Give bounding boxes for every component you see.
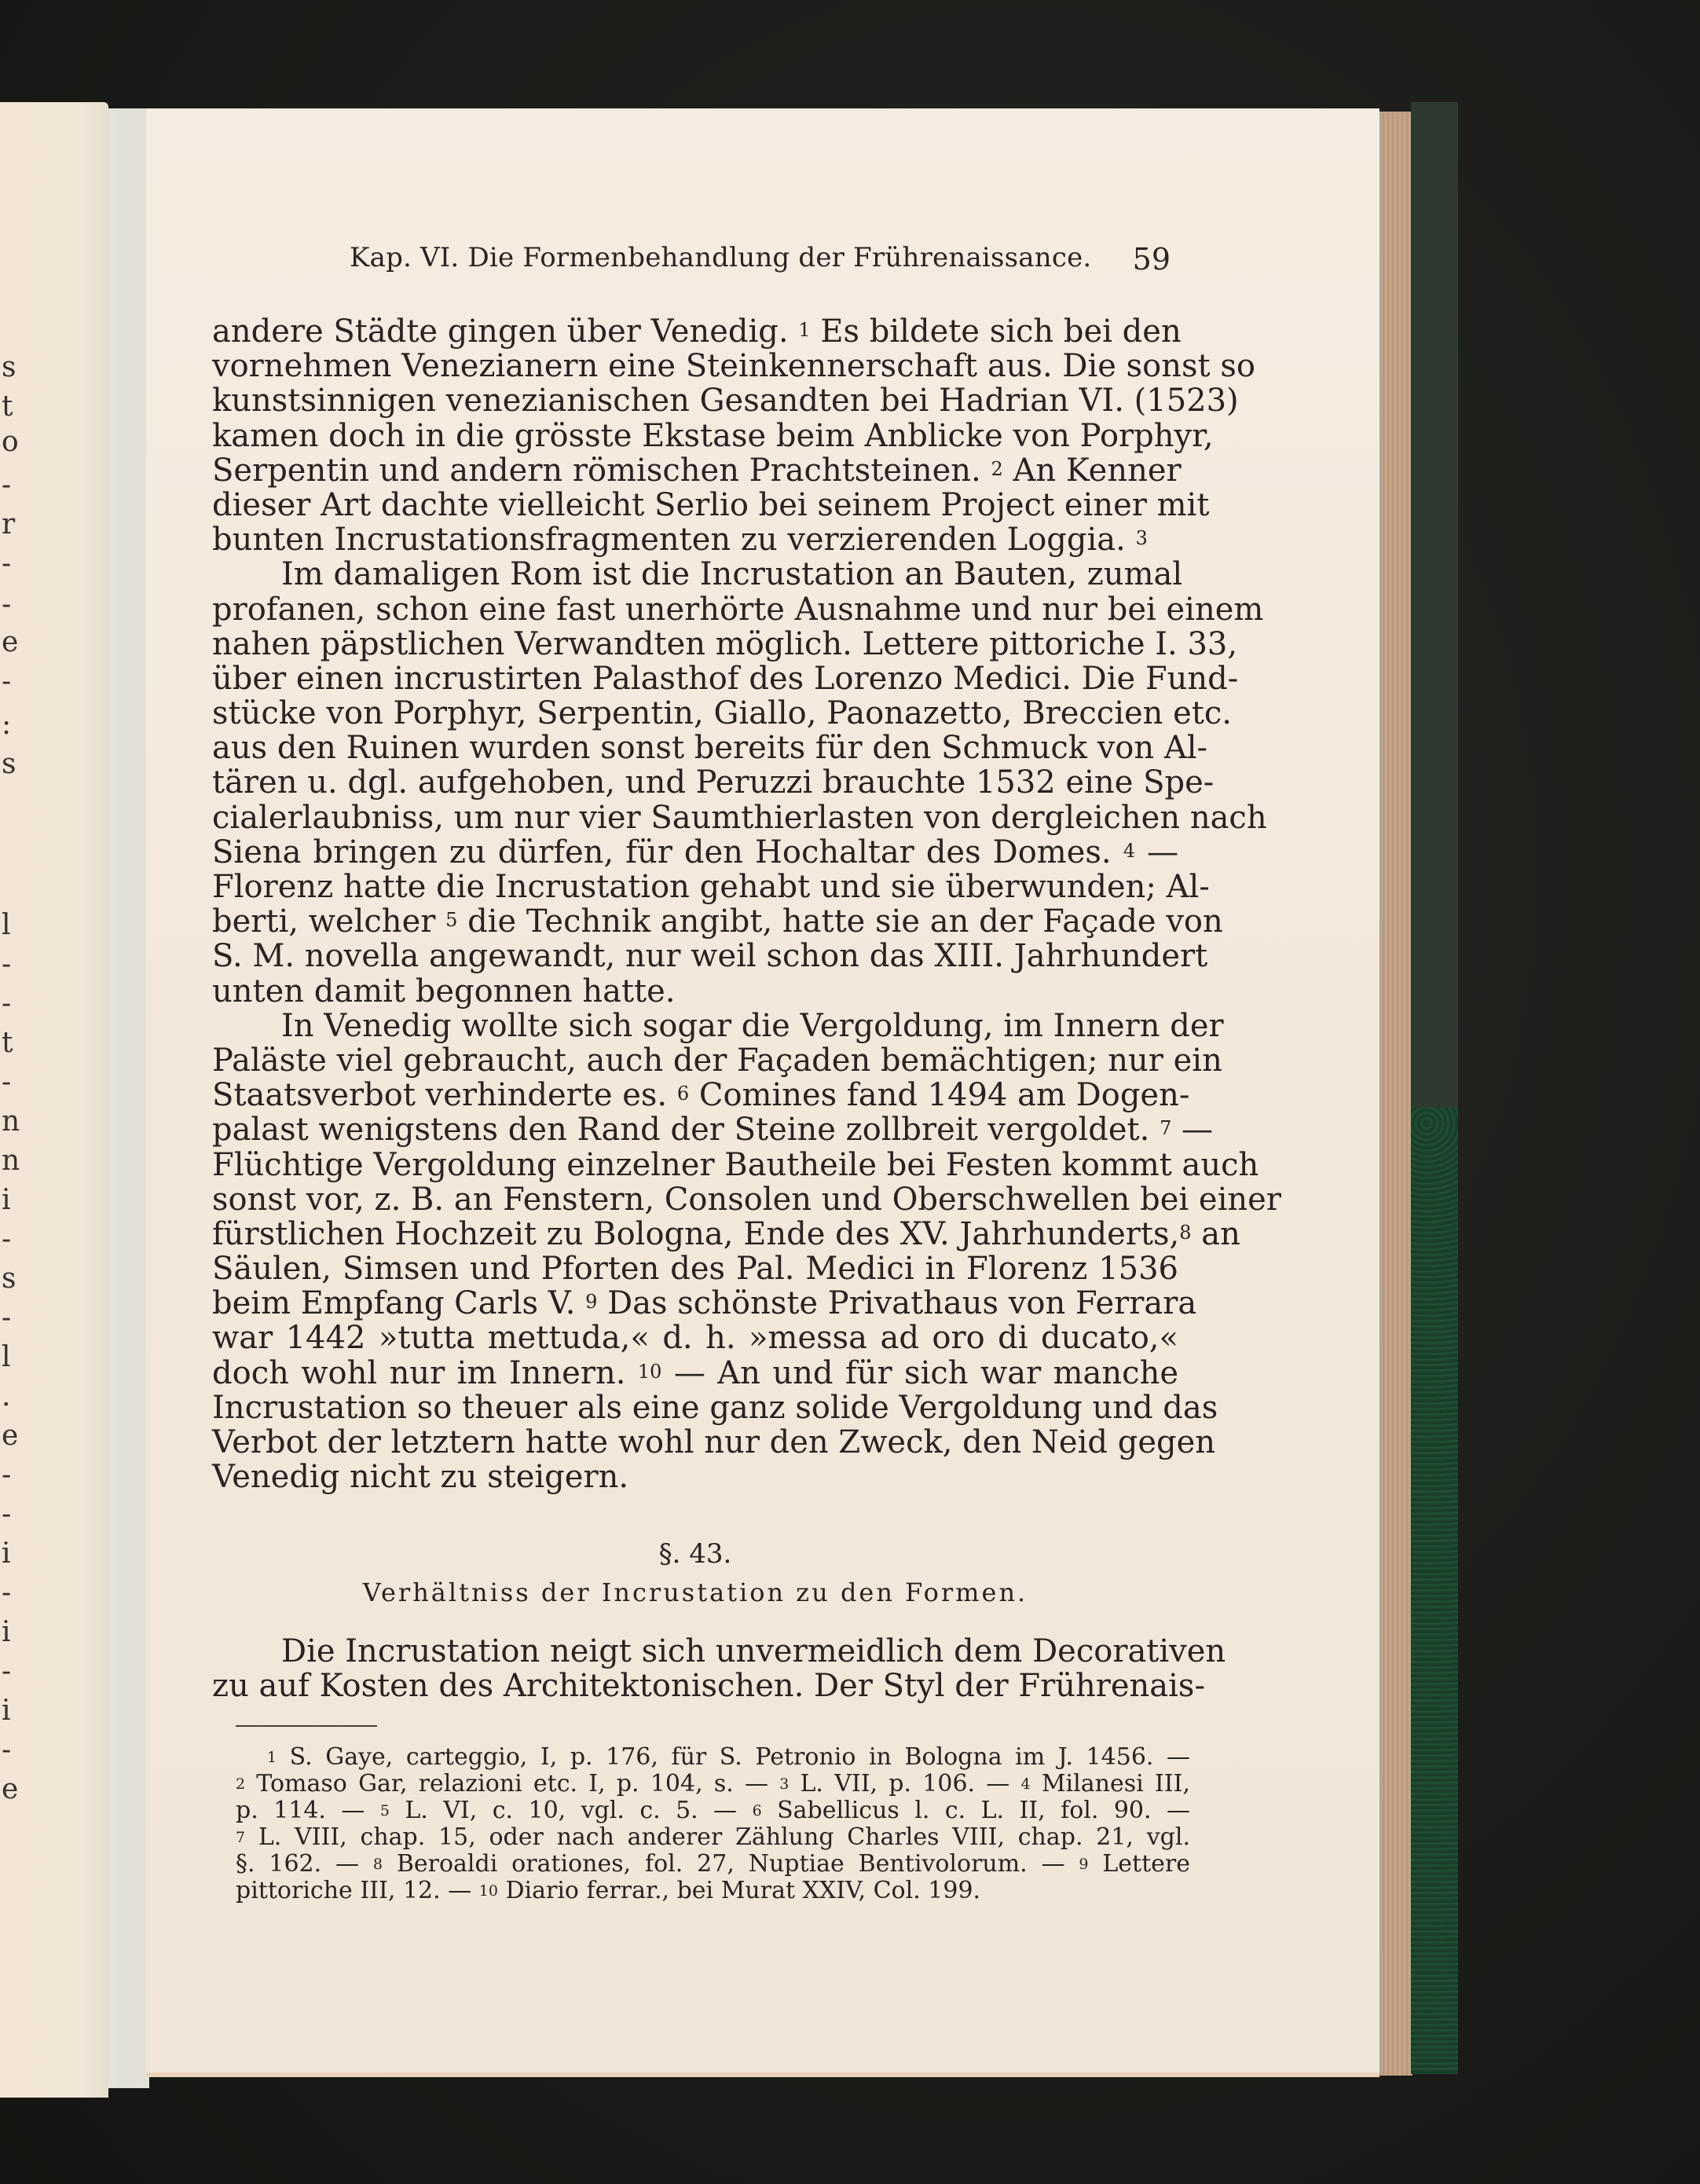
- text-line: In Venedig wollte sich sogar die Vergold…: [212, 1009, 1178, 1043]
- footnote-number: 1: [267, 1749, 277, 1766]
- line-text: andere Städte gingen über Venedig.: [212, 313, 798, 350]
- line-text: tären u. dgl. aufgehoben, und Peruzzi br…: [212, 764, 1214, 801]
- edge-letter: -: [2, 1501, 11, 1529]
- text-line: tären u. dgl. aufgehoben, und Peruzzi br…: [212, 765, 1178, 800]
- line-text: Flüchtige Vergoldung einzelner Bautheile…: [212, 1147, 1259, 1183]
- footnote-number: 6: [753, 1802, 762, 1819]
- line-text: beim Empfang Carls V.: [212, 1285, 585, 1321]
- line-text: Verbot der letztern hatte wohl nur den Z…: [212, 1424, 1215, 1460]
- footnote-text: Sabellicus l. c. L. II, fol. 90. —: [762, 1797, 1190, 1824]
- text-line: fürstlichen Hochzeit zu Bologna, Ende de…: [212, 1217, 1178, 1251]
- edge-letter: -: [2, 1658, 11, 1686]
- footnote-text: Beroaldi orationes, fol. 27, Nuptiae Ben…: [383, 1850, 1079, 1878]
- edge-letter: -: [2, 550, 11, 578]
- line-text: profanen, schon eine fast unerhörte Ausn…: [212, 592, 1263, 628]
- edge-letter: s: [2, 1265, 16, 1293]
- text-line: Säulen, Simsen und Pforten des Pal. Medi…: [212, 1251, 1178, 1286]
- line-text: Florenz hatte die Incrustation gehabt un…: [212, 869, 1210, 905]
- text-line: Im damaligen Rom ist die Incrustation an…: [212, 557, 1178, 592]
- text-line: kamen doch in die grösste Ekstase beim A…: [212, 419, 1178, 453]
- text-line: andere Städte gingen über Venedig. 1 Es …: [212, 314, 1178, 349]
- book-cover-edge: [1411, 102, 1458, 2074]
- text-line: nahen päpstlichen Verwandten möglich. Le…: [212, 627, 1178, 661]
- edge-letter: t: [2, 1029, 13, 1057]
- line-text: doch wohl nur im Innern.: [212, 1355, 638, 1391]
- text-line: sonst vor, z. B. an Fenstern, Consolen u…: [212, 1182, 1178, 1217]
- footnote-marker: 4: [1123, 840, 1135, 862]
- running-head: Kap. VI. Die Formenbehandlung der Frühre…: [350, 242, 1171, 281]
- edge-letter: e: [2, 1775, 18, 1804]
- footnote-marker: 2: [991, 458, 1002, 480]
- text-line: stücke von Porphyr, Serpentin, Giallo, P…: [212, 696, 1178, 731]
- left-page-edge-letters: sto-r--e-:sl--t-nni-s-l.e--i-i-i-e: [2, 102, 33, 2098]
- line-text: war 1442 »tutta mettuda,« d. h. »messa a…: [212, 1320, 1178, 1356]
- line-text-after-marker: Comines fand 1494 am Dogen-: [689, 1077, 1189, 1113]
- text-line: Paläste viel gebraucht, auch der Façaden…: [212, 1043, 1178, 1078]
- footnote-marker: 6: [677, 1083, 689, 1105]
- line-text: Paläste viel gebraucht, auch der Façaden…: [212, 1043, 1222, 1079]
- text-line: Florenz hatte die Incrustation gehabt un…: [212, 870, 1178, 904]
- footnote-number: 4: [1021, 1775, 1031, 1793]
- edge-letter: l: [2, 911, 11, 940]
- line-text: dieser Art dachte vielleicht Serlio bei …: [212, 487, 1209, 523]
- footnote-number: 9: [1079, 1856, 1088, 1873]
- edge-letter: -: [2, 471, 11, 500]
- footnote-text: p. 114. —: [236, 1797, 380, 1824]
- footnote-line: 1 S. Gaye, carteggio, I, p. 176, für S. …: [236, 1744, 1190, 1771]
- edge-letter: i: [2, 1186, 11, 1215]
- line-text: sonst vor, z. B. an Fenstern, Consolen u…: [212, 1182, 1281, 1218]
- footnote-line: 2 Tomaso Gar, relazioni etc. I, p. 104, …: [236, 1771, 1190, 1797]
- page-number: 59: [1133, 242, 1171, 277]
- text-line: dieser Art dachte vielleicht Serlio bei …: [212, 488, 1178, 522]
- edge-letter: e: [2, 628, 18, 657]
- body-paragraphs: andere Städte gingen über Venedig. 1 Es …: [212, 314, 1178, 1494]
- edge-letter: -: [2, 951, 11, 979]
- footnote-separator: [236, 1725, 377, 1727]
- edge-letter: -: [2, 668, 11, 696]
- left-page: sto-r--e-:sl--t-nni-s-l.e--i-i-i-e: [0, 102, 108, 2098]
- text-line: unten damit begonnen hatte.: [212, 974, 1178, 1009]
- text-line: doch wohl nur im Innern. 10 — An und für…: [212, 1356, 1178, 1391]
- footnote-number: 10: [479, 1882, 498, 1900]
- page-fore-edge: [1379, 112, 1412, 2076]
- line-text: Siena bringen zu dürfen, für den Hochalt…: [212, 834, 1123, 870]
- line-text: Serpentin und andern römischen Prachtste…: [212, 453, 991, 489]
- footnote-line: §. 162. — 8 Beroaldi orationes, fol. 27,…: [236, 1851, 1190, 1878]
- edge-letter: -: [2, 1579, 11, 1607]
- footnote-number: 2: [236, 1775, 245, 1793]
- footnote-number: 7: [236, 1829, 245, 1846]
- line-text: vornehmen Venezianern eine Steinkennersc…: [212, 348, 1255, 384]
- footnote-text: §. 162. —: [236, 1850, 373, 1878]
- text-line: war 1442 »tutta mettuda,« d. h. »messa a…: [212, 1321, 1178, 1355]
- line-text: kunstsinnigen venezianischen Gesandten b…: [212, 383, 1239, 419]
- text-line: Venedig nicht zu steigern.: [212, 1460, 1178, 1494]
- green-leather-cover: [1411, 1108, 1458, 2074]
- line-text-after-marker: Das schönste Privathaus von Ferrara: [597, 1285, 1196, 1321]
- footnote-number: 5: [380, 1802, 390, 1819]
- body-text: andere Städte gingen über Venedig. 1 Es …: [212, 314, 1178, 1494]
- footnote-marker: 3: [1136, 527, 1148, 549]
- footnote-text: Diario ferrar., bei Murat XXIV, Col. 199…: [498, 1877, 980, 1904]
- edge-letter: -: [2, 1461, 11, 1490]
- line-text: In Venedig wollte sich sogar die Vergold…: [281, 1008, 1224, 1044]
- footnote-marker: 5: [445, 909, 457, 931]
- footnote-text: pittoriche III, 12. —: [236, 1877, 479, 1904]
- line-text-after-marker: — An und für sich war manche: [661, 1355, 1178, 1391]
- line-text: Die Incrustation neigt sich unvermeidlic…: [281, 1633, 1226, 1669]
- text-line: bunten Incrustationsfragmenten zu verzie…: [212, 522, 1178, 557]
- edge-letter: n: [2, 1108, 20, 1136]
- edge-letter: -: [2, 591, 11, 619]
- text-line: kunstsinnigen venezianischen Gesandten b…: [212, 383, 1178, 418]
- edge-letter: n: [2, 1147, 20, 1175]
- text-line: Incrustation so theuer als eine ganz sol…: [212, 1391, 1178, 1425]
- text-line: beim Empfang Carls V. 9 Das schönste Pri…: [212, 1286, 1178, 1321]
- edge-letter: r: [2, 511, 15, 539]
- text-line: zu auf Kosten des Architektonischen. Der…: [212, 1669, 1178, 1703]
- edge-letter: l: [2, 1343, 11, 1372]
- section-number: §. 43.: [212, 1538, 1178, 1570]
- text-line: Serpentin und andern römischen Prachtste…: [212, 453, 1178, 488]
- edge-letter: t: [2, 393, 13, 421]
- text-line: Die Incrustation neigt sich unvermeidlic…: [212, 1634, 1178, 1669]
- footnote-line: p. 114. — 5 L. VI, c. 10, vgl. c. 5. — 6…: [236, 1797, 1190, 1824]
- line-text: bunten Incrustationsfragmenten zu verzie…: [212, 522, 1136, 558]
- text-line: berti, welcher 5 die Technik angibt, hat…: [212, 904, 1178, 939]
- section-title: Verhältniss der Incrustation zu den Form…: [212, 1578, 1178, 1607]
- line-text: Im damaligen Rom ist die Incrustation an…: [281, 556, 1182, 592]
- footnote-text: S. Gaye, carteggio, I, p. 176, für S. Pe…: [277, 1743, 1190, 1771]
- footnote-text: L. VII, p. 106. —: [789, 1770, 1020, 1797]
- line-text: nahen päpstlichen Verwandten möglich. Le…: [212, 626, 1237, 662]
- edge-letter: o: [2, 428, 19, 456]
- footnote-line: 7 L. VIII, chap. 15, oder nach anderer Z…: [236, 1824, 1190, 1851]
- line-text: Staatsverbot verhinderte es.: [212, 1077, 677, 1113]
- line-text-after-marker: an: [1192, 1216, 1240, 1252]
- text-line: Flüchtige Vergoldung einzelner Bautheile…: [212, 1148, 1178, 1182]
- text-line: Verbot der letztern hatte wohl nur den Z…: [212, 1425, 1178, 1460]
- text-line: aus den Ruinen wurden sonst bereits für …: [212, 731, 1178, 765]
- footnote-text: Tomaso Gar, relazioni etc. I, p. 104, s.…: [245, 1770, 779, 1797]
- edge-letter: i: [2, 1697, 11, 1725]
- edge-letter: :: [2, 711, 11, 739]
- edge-letter: -: [2, 1068, 11, 1097]
- text-line: Staatsverbot verhinderte es. 6 Comines f…: [212, 1078, 1178, 1112]
- edge-letter: -: [2, 1736, 11, 1764]
- footnote-text: L. VI, c. 10, vgl. c. 5. —: [390, 1797, 753, 1824]
- edge-letter: -: [2, 990, 11, 1018]
- footnote-marker: 9: [585, 1291, 597, 1313]
- footnote-marker: 1: [798, 319, 810, 341]
- line-text-after-marker: —: [1171, 1112, 1213, 1148]
- footnote-line: pittoriche III, 12. — 10 Diario ferrar.,…: [236, 1878, 1190, 1904]
- edge-letter: e: [2, 1422, 18, 1450]
- line-text: Venedig nicht zu steigern.: [212, 1459, 628, 1495]
- line-text: fürstlichen Hochzeit zu Bologna, Ende de…: [212, 1216, 1179, 1252]
- edge-letter: i: [2, 1540, 11, 1568]
- text-line: vornehmen Venezianern eine Steinkennersc…: [212, 349, 1178, 383]
- line-text: unten damit begonnen hatte.: [212, 973, 676, 1010]
- footnote-marker: 7: [1160, 1117, 1171, 1139]
- line-text-after-marker: Es bildete sich bei den: [811, 313, 1182, 350]
- line-text-after-marker: die Technik angibt, hatte sie an der Faç…: [457, 903, 1222, 940]
- edge-letter: s: [2, 750, 16, 779]
- line-text: cialerlaubniss, um nur vier Saumthierlas…: [212, 800, 1267, 836]
- running-title: Kap. VI. Die Formenbehandlung der Frühre…: [350, 242, 1091, 273]
- line-text-after-marker: —: [1135, 834, 1178, 870]
- text-line: cialerlaubniss, um nur vier Saumthierlas…: [212, 801, 1178, 835]
- text-line: Siena bringen zu dürfen, für den Hochalt…: [212, 835, 1178, 870]
- text-line: S. M. novella angewandt, nur weil schon …: [212, 939, 1178, 973]
- footnote-text: L. VIII, chap. 15, oder nach anderer Zäh…: [245, 1823, 1190, 1851]
- edge-letter: i: [2, 1618, 11, 1647]
- book-gutter: [108, 108, 149, 2088]
- line-text: Incrustation so theuer als eine ganz sol…: [212, 1390, 1218, 1426]
- line-text: über einen incrustirten Palasthof des Lo…: [212, 661, 1238, 697]
- line-text: S. M. novella angewandt, nur weil schon …: [212, 938, 1207, 974]
- line-text-after-marker: An Kenner: [1003, 453, 1182, 489]
- edge-letter: .: [2, 1383, 10, 1411]
- text-line: profanen, schon eine fast unerhörte Ausn…: [212, 592, 1178, 627]
- text-line: palast wenigstens den Rand der Steine zo…: [212, 1112, 1178, 1147]
- line-text: berti, welcher: [212, 903, 445, 940]
- edge-letter: -: [2, 1226, 11, 1254]
- edge-letter: s: [2, 354, 16, 382]
- footnote-marker: 10: [638, 1361, 662, 1383]
- footnote-text: Milanesi III,: [1031, 1770, 1190, 1797]
- line-text: aus den Ruinen wurden sonst bereits für …: [212, 730, 1207, 766]
- line-text: Säulen, Simsen und Pforten des Pal. Medi…: [212, 1251, 1178, 1287]
- footnotes: 1 S. Gaye, carteggio, I, p. 176, für S. …: [236, 1744, 1190, 1904]
- line-text: zu auf Kosten des Architektonischen. Der…: [212, 1668, 1205, 1704]
- line-text: palast wenigstens den Rand der Steine zo…: [212, 1112, 1160, 1148]
- footnote-marker: 8: [1179, 1222, 1191, 1244]
- line-text: kamen doch in die grösste Ekstase beim A…: [212, 418, 1214, 454]
- footnote-number: 8: [373, 1856, 383, 1873]
- footnote-number: 3: [779, 1775, 789, 1793]
- text-line: über einen incrustirten Palasthof des Lo…: [212, 661, 1178, 696]
- section-paragraph: Die Incrustation neigt sich unvermeidlic…: [212, 1634, 1178, 1703]
- footnote-text: Lettere: [1089, 1850, 1190, 1878]
- line-text: stücke von Porphyr, Serpentin, Giallo, P…: [212, 695, 1232, 731]
- leather-cover-upper: [1411, 102, 1458, 1108]
- edge-letter: -: [2, 1304, 11, 1332]
